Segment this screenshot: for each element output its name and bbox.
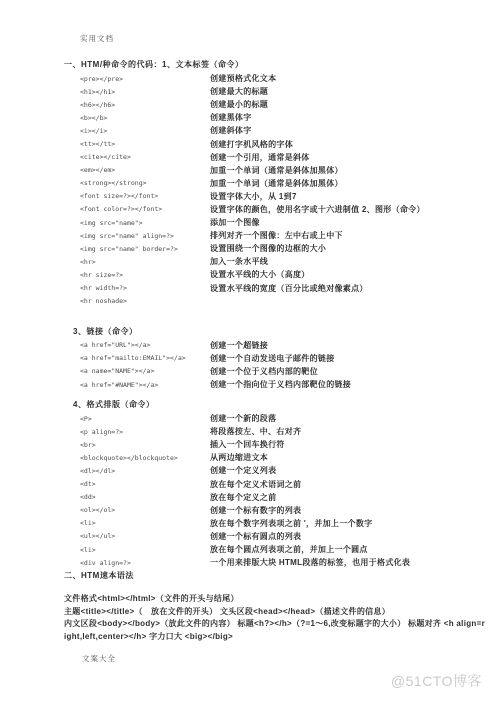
tag-code: <p align=?>	[80, 428, 210, 436]
tag-description: 设置水平线的宽度（百分比或绝对像素点）	[210, 283, 368, 294]
tag-description: 设置围绕一个图像的边框的大小	[210, 243, 326, 254]
table-row: <tt></tt>创建打字机风格的字体	[64, 137, 488, 150]
tag-code: <img src="name">	[80, 219, 210, 227]
section-heading: 4、格式排版（命令）	[64, 398, 488, 412]
table-row: <a href="mailto:EMAIL"></a>创建一个自动发送电子邮件的…	[64, 352, 488, 365]
section-heading: 二、HTM速本语法	[64, 569, 488, 583]
tag-code: <img src="name" align=?>	[80, 232, 210, 240]
tag-code: <ul></ul>	[80, 532, 210, 540]
tag-description: 加重一个单词（通常是斜体加黑体）	[210, 165, 343, 176]
tag-code: <pre></pre>	[80, 75, 210, 83]
table-row: <p align=?>将段落按左、中、右对齐	[64, 425, 488, 438]
tag-description: 创建一个引用，通常是斜体	[210, 152, 310, 163]
tag-description: 创建一个标有数字的列表	[210, 505, 301, 516]
table-row: <img src="name" border=?>设置围绕一个图像的边框的大小	[64, 242, 488, 255]
tag-description: 创建斜体字	[210, 125, 252, 136]
tag-code: <em></em>	[80, 166, 210, 174]
table-row: <li>放在每个数字列表项之前 '，并加上一个数字	[64, 517, 488, 530]
table-row: <dl></dl>创建一个定义列表	[64, 464, 488, 477]
tag-code: <blockquote></blockquote>	[80, 454, 210, 462]
tag-code: <h1></h1>	[80, 88, 210, 96]
tag-code: <hr noshade>	[80, 297, 210, 305]
tag-code: <hr size=?>	[80, 271, 210, 279]
table-row: <b></b>创建黑体字	[64, 111, 488, 124]
table-row: <li>放在每个圆点列表项之前，并加上一个圆点	[64, 543, 488, 556]
tag-description: 创建一个定义列表	[210, 465, 276, 476]
tag-code: <br>	[80, 441, 210, 449]
tag-code: <a name="NAME"></a>	[80, 367, 210, 375]
tag-description: 插入一个回车换行符	[210, 439, 285, 450]
tag-description: 将段落按左、中、右对齐	[210, 426, 301, 437]
table-row: <hr>加入一条水平线	[64, 255, 488, 268]
tag-description: 加入一条水平线	[210, 256, 268, 267]
tag-description: 放在每个定义之前	[210, 492, 276, 503]
tag-code: <P>	[80, 415, 210, 423]
tag-code: <a href="mailto:EMAIL"></a>	[80, 354, 210, 362]
tag-code: <a href="#NAME"></a>	[80, 381, 210, 389]
table-row: <cite></cite>创建一个引用，通常是斜体	[64, 151, 488, 164]
tag-code: <font size=?></font>	[80, 192, 210, 200]
table-row: <ul></ul>创建一个标有圆点的列表	[64, 530, 488, 543]
tag-code: <a href="URL"></a>	[80, 341, 210, 349]
table-row: <h6></h6>创建最小的标题	[64, 98, 488, 111]
watermark-51cto: @51CTO博客	[391, 671, 482, 691]
tag-description: 创建最大的标题	[210, 86, 268, 97]
table-row: <a href="#NAME"></a>创建一个指向位于义档内部靶位的链接	[64, 378, 488, 391]
tag-code: <li>	[80, 519, 210, 527]
tag-description: 放在每个定义术语词之前	[210, 479, 301, 490]
tag-description: 创建一个自动发送电子邮件的链接	[210, 353, 335, 364]
tag-code: <img src="name" border=?>	[80, 245, 210, 253]
tag-code: <dt>	[80, 480, 210, 488]
section-heading: 一、HTM/种命令的代码：1、文本标签（命令）	[64, 58, 488, 72]
tag-description: 创建一个新的段落	[210, 413, 276, 424]
tag-code: <i></i>	[80, 127, 210, 135]
document-content: 一、HTM/种命令的代码：1、文本标签（命令）<pre></pre>创建预格式化…	[64, 58, 488, 643]
tag-description: 创建黑体字	[210, 112, 252, 123]
sections-container: 一、HTM/种命令的代码：1、文本标签（命令）<pre></pre>创建预格式化…	[64, 58, 488, 583]
document-header: 实用文档	[80, 33, 114, 44]
table-row: <h1></h1>创建最大的标题	[64, 85, 488, 98]
table-row: <br>插入一个回车换行符	[64, 438, 488, 451]
syntax-line-1: 文件格式<html></html>（文件的开头与结尾）	[64, 593, 486, 606]
section-heading: 3、链接（命令）	[64, 325, 488, 339]
tag-description: 设置水平线的大小（高度）	[210, 269, 310, 280]
table-row: <P>创建一个新的段落	[64, 412, 488, 425]
tag-description: 创建一个位于义档内部的靶位	[210, 366, 318, 377]
tag-code: <dl></dl>	[80, 467, 210, 475]
section: 4、格式排版（命令）<P>创建一个新的段落<p align=?>将段落按左、中、…	[64, 398, 488, 569]
tag-description: 放在每个圆点列表项之前，并加上一个圆点	[210, 544, 368, 555]
document-footer: 文案大全	[82, 653, 116, 664]
table-row: <dd>放在每个定义之前	[64, 491, 488, 504]
tag-description: 排列对齐一个图像：左中右或上中下	[210, 230, 343, 241]
tag-code: <tt></tt>	[80, 140, 210, 148]
tag-code: <dd>	[80, 493, 210, 501]
tag-description: 一个用来排版大块 HTML段落的标签，也用于格式化表	[210, 557, 410, 568]
table-row: <dt>放在每个定义术语词之前	[64, 478, 488, 491]
document-page: 实用文档 一、HTM/种命令的代码：1、文本标签（命令）<pre></pre>创…	[0, 0, 500, 708]
table-row: <blockquote></blockquote>从两边缩进文本	[64, 451, 488, 464]
table-row: <ol></ol>创建一个标有数字的列表	[64, 504, 488, 517]
tag-description: 创建一个标有圆点的列表	[210, 531, 301, 542]
tag-code: <font color=?></font>	[80, 205, 210, 213]
syntax-paragraph: 文件格式<html></html>（文件的开头与结尾） 主题<title></t…	[64, 593, 486, 643]
tag-code: <h6></h6>	[80, 101, 210, 109]
tag-code: <hr width=?>	[80, 284, 210, 292]
tag-code: <ol></ol>	[80, 506, 210, 514]
tag-code: <b></b>	[80, 114, 210, 122]
tag-description: 从两边缩进文本	[210, 452, 268, 463]
section: 3、链接（命令）<a href="URL"></a>创建一个超链接<a href…	[64, 325, 488, 391]
table-row: <font color=?></font>设置字体的颜色，使用名字或十六进制值 …	[64, 203, 488, 216]
table-row: <em></em>加重一个单词（通常是斜体加黑体）	[64, 164, 488, 177]
tag-code: <hr>	[80, 258, 210, 266]
tag-description: 加重一个单词（通常是斜体加黑体）	[210, 178, 343, 189]
tag-description: 创建一个超链接	[210, 340, 268, 351]
table-row: <div align=?>一个用来排版大块 HTML段落的标签，也用于格式化表	[64, 556, 488, 569]
tag-description: 创建一个指向位于义档内部靶位的链接	[210, 379, 351, 390]
tag-description: 放在每个数字列表项之前 '，并加上一个数字	[210, 518, 372, 529]
table-row: <a href="URL"></a>创建一个超链接	[64, 339, 488, 352]
tag-description: 创建预格式化文本	[210, 73, 276, 84]
section: 二、HTM速本语法	[64, 569, 488, 583]
tag-description: 设置字体的颜色，使用名字或十六进制值 2、图形（命令）	[210, 204, 425, 215]
tag-code: <cite></cite>	[80, 153, 210, 161]
table-row: <img src="name">添加一个图像	[64, 216, 488, 229]
tag-code: <strong></strong>	[80, 179, 210, 187]
table-row: <font size=?></font>设置字体大小，从 1到7	[64, 190, 488, 203]
table-row: <a name="NAME"></a>创建一个位于义档内部的靶位	[64, 365, 488, 378]
syntax-line-2: 主题<title></title>（ 放在文件的开头） 文头区段<head></…	[64, 606, 486, 619]
tag-description: 设置字体大小，从 1到7	[210, 191, 297, 202]
table-row: <hr width=?>设置水平线的宽度（百分比或绝对像素点）	[64, 282, 488, 295]
tag-code: <li>	[80, 546, 210, 554]
table-row: <i></i>创建斜体字	[64, 124, 488, 137]
table-row: <pre></pre>创建预格式化文本	[64, 72, 488, 85]
section: 一、HTM/种命令的代码：1、文本标签（命令）<pre></pre>创建预格式化…	[64, 58, 488, 308]
table-row: <img src="name" align=?>排列对齐一个图像：左中右或上中下	[64, 229, 488, 242]
table-row: <hr size=?>设置水平线的大小（高度）	[64, 268, 488, 281]
table-row: <hr noshade>	[64, 295, 488, 308]
tag-description: 创建最小的标题	[210, 99, 268, 110]
tag-code: <div align=?>	[80, 559, 210, 567]
tag-description: 添加一个图像	[210, 217, 260, 228]
tag-description: 创建打字机风格的字体	[210, 139, 293, 150]
table-row: <strong></strong>加重一个单词（通常是斜体加黑体）	[64, 177, 488, 190]
syntax-line-3: 内文区段<body></body>（放此文件的内容） 标题<h?></h>（?=…	[64, 618, 486, 643]
